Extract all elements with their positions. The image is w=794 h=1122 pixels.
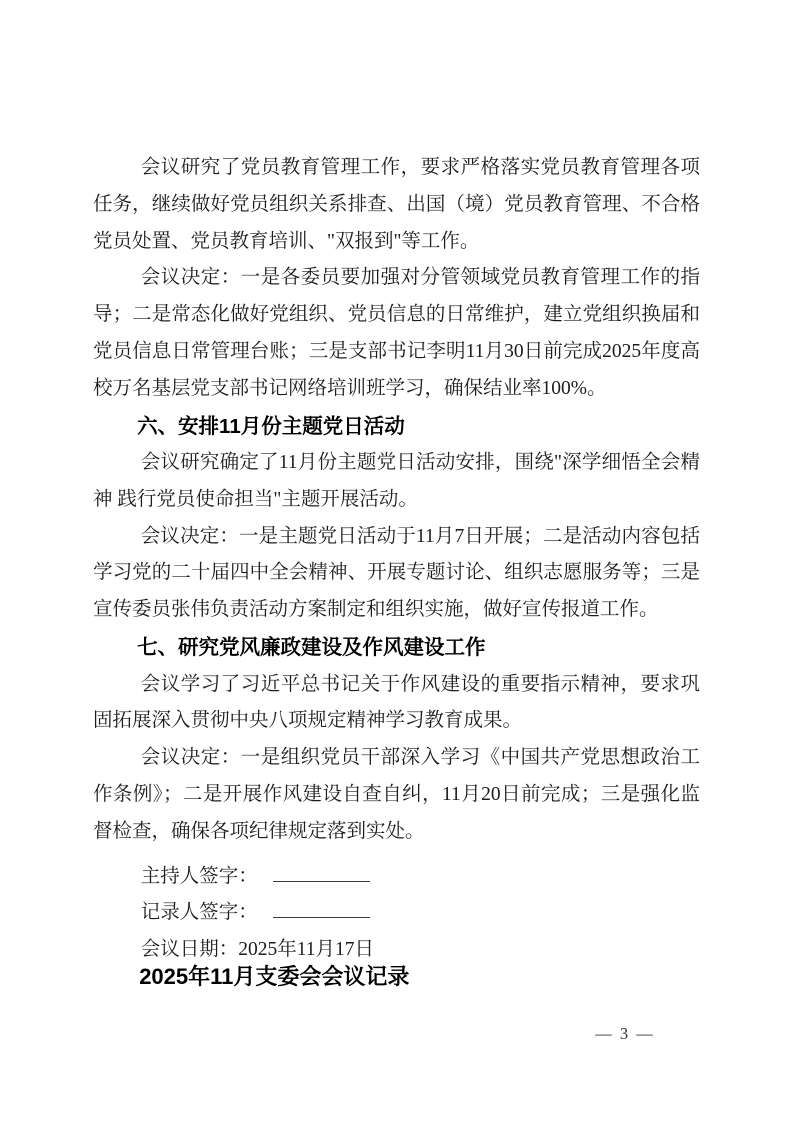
section-heading-7: 七、研究党风廉政建设及作风建设工作 [93,630,700,667]
moderator-signature-row: 主持人签字： [93,859,700,896]
document-body: 会议研究了党员教育管理工作，要求严格落实党员教育管理各项任务，继续做好党员组织关… [93,150,700,993]
document-page: 会议研究了党员教育管理工作，要求严格落实党员教育管理各项任务，继续做好党员组织关… [0,0,794,1122]
paragraph-member-education-decisions: 会议决定：一是各委员要加强对分管领域党员教育管理工作的指导；二是常态化做好党组织… [93,260,700,407]
recorder-signature-row: 记录人签字： [93,895,700,932]
next-record-title: 2025年11月支委会会议记录 [93,961,700,993]
moderator-signature-label: 主持人签字： [141,866,258,887]
page-footer: — 3 — [562,1024,688,1044]
section-heading-6: 六、安排11月份主题党日活动 [93,409,700,446]
paragraph-member-education-summary: 会议研究了党员教育管理工作，要求严格落实党员教育管理各项任务，继续做好党员组织关… [93,150,700,260]
paragraph-work-style-summary: 会议学习了习近平总书记关于作风建设的重要指示精神，要求巩固拓展深入贯彻中央八项规… [93,667,700,741]
page-number: — 3 — [595,1024,655,1043]
moderator-signature-line [273,867,370,882]
paragraph-theme-party-day-decisions: 会议决定：一是主题党日活动于11月7日开展；二是活动内容包括学习党的二十届四中全… [93,519,700,629]
recorder-signature-line [273,903,370,918]
paragraph-theme-party-day-summary: 会议研究确定了11月份主题党日活动安排，围绕"深学细悟全会精神 践行党员使命担当… [93,445,700,519]
recorder-signature-label: 记录人签字： [141,902,258,923]
paragraph-work-style-decisions: 会议决定：一是组织党员干部深入学习《中国共产党思想政治工作条例》；二是开展作风建… [93,740,700,850]
signature-block: 主持人签字： 记录人签字： [93,859,700,932]
